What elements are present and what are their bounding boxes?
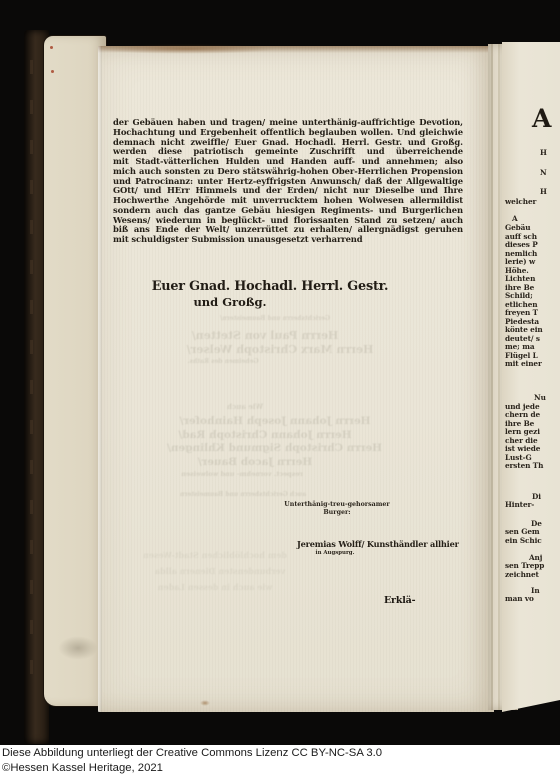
spine-texture xyxy=(30,60,33,680)
cropped-text-fragment: A xyxy=(512,214,518,223)
ghost-show-through-line: wie auch in dessen Laden xyxy=(140,582,290,592)
paragraph-line: mich auch sonsten zu Dero stätswährig-ho… xyxy=(113,167,463,177)
ghost-show-through-line: verbundensten Dienern allda xyxy=(135,566,305,576)
cropped-text-fragment: Nu xyxy=(534,393,546,402)
book-scan-viewer: Gerichtsherrn und Baumeistern/Herrn Paul… xyxy=(0,0,560,779)
right-book-page: A HNHwelcherAGebäuauff schdieses Pnemlic… xyxy=(502,42,560,712)
ghost-show-through-line: dem hochlöblichen Stadt-Wesen xyxy=(125,550,305,560)
cropped-text-fragment: Hinter- xyxy=(505,500,534,509)
paragraph-line: sondern auch das gantze Gebäu hiesigen R… xyxy=(113,206,463,216)
paragraph-line: demnach nicht zweiffle/ Euer Gnad. Hocha… xyxy=(113,138,463,148)
signature-line: Jeremias Wolff/ Kunsthändler allhier xyxy=(297,539,467,549)
ghost-show-through-line: auch Gerichtsherrn und Baumeistern xyxy=(148,491,338,498)
cropped-text-fragment: me; ma xyxy=(505,342,534,351)
cropped-text-fragment: dieses P xyxy=(505,240,538,249)
closing-line2: Burger: xyxy=(272,509,402,517)
cropped-text-fragment: ein Schic xyxy=(505,536,542,545)
cropped-text-fragment: N xyxy=(540,168,547,177)
cropped-text-fragment: zeichnet xyxy=(505,570,539,579)
paragraph-line: biß ans Ende der Welt/ unzerrüttet zu er… xyxy=(113,225,463,235)
cropped-text-fragment: könte ein xyxy=(505,325,543,334)
cropped-text-fragment: freyen T xyxy=(505,308,538,317)
letter-paragraph: der Gebäuen haben und tragen/ meine unte… xyxy=(113,118,463,245)
ghost-show-through-line: Gerichtsherrn und Baumeistern/ xyxy=(195,315,355,322)
license-text: Diese Abbildung unterliegt der Creative … xyxy=(2,747,382,759)
license-caption-bar: Diese Abbildung unterliegt der Creative … xyxy=(0,745,560,779)
cropped-text-fragment: H xyxy=(540,187,547,196)
ghost-show-through-line: Herrn Johann Christoph Rad/ xyxy=(140,429,390,441)
book-photo: Gerichtsherrn und Baumeistern/Herrn Paul… xyxy=(0,0,560,745)
red-speck xyxy=(50,46,53,49)
cropped-text-fragment: man vo xyxy=(505,594,534,603)
ghost-show-through-line: respect. vornehm- und wolweisen xyxy=(152,470,332,478)
signature-place: in Augspurg. xyxy=(300,550,370,556)
paragraph-line: mit Stadt-vätterlichen Hulden und Handen… xyxy=(113,157,463,167)
cropped-text-fragment: chern de xyxy=(505,410,540,419)
cropped-text-fragment: Lichten xyxy=(505,274,535,283)
cropped-text-fragment: sen Trepp xyxy=(505,561,544,570)
credit-text: ©Hessen Kassel Heritage, 2021 xyxy=(2,762,163,774)
paragraph-line: werden diese patriotisch gemeinte Zuschr… xyxy=(113,147,463,157)
underlying-page-edge xyxy=(44,36,106,706)
ghost-show-through-line: Herrn Christoph Sigmund Khlingen/ xyxy=(132,442,417,454)
cropped-text-fragment: mit einer xyxy=(505,359,542,368)
cropped-text-fragment: sen Gem xyxy=(505,527,540,536)
cropped-text-fragment: welcher xyxy=(505,197,536,206)
ghost-show-through-line: Herrn Marx Christoph Welser/ xyxy=(150,343,410,356)
salutation-line2: und Großg. xyxy=(150,295,310,309)
paragraph-line: GOtt/ und HErr Himmels und der Erden/ ni… xyxy=(113,186,463,196)
cropped-text-fragment: H xyxy=(540,148,547,157)
paragraph-line: Hochachtung und Ergebenheit offentlich b… xyxy=(113,128,463,138)
ghost-show-through-line: Herrn Jacob Bauer/ xyxy=(165,456,345,468)
cropped-text-fragment: Gebäu xyxy=(505,223,531,232)
paragraph-line: Wesens/ wiederum in beglückt- und floris… xyxy=(113,216,463,226)
paragraph-line: Hochwerthe Angehörde mit unverrucktem ho… xyxy=(113,196,463,206)
catchword: Erklä- xyxy=(384,595,415,606)
cropped-text-fragment: ist wiede xyxy=(505,444,540,453)
ghost-show-through-line: Herrn Paul von Stetten/ xyxy=(150,329,380,342)
paragraph-line: mit schuldigster Submission unausgesetzt… xyxy=(113,235,463,245)
drop-cap-initial: A xyxy=(532,106,551,131)
cropped-text-fragment: Schild; xyxy=(505,291,533,300)
ghost-show-through-line: Wie auch xyxy=(215,402,275,411)
paragraph-line: und Patrocinanz: unter Hertz-eyffrigsten… xyxy=(113,177,463,187)
closing-formula: Unterthänig-treu-gehorsamer Burger: xyxy=(272,501,402,517)
closing-line1: Unterthänig-treu-gehorsamer xyxy=(272,501,402,509)
salutation-line1: Euer Gnad. Hochadl. Herrl. Gestr. xyxy=(140,279,400,294)
cropped-text-fragment: lern gezi xyxy=(505,427,540,436)
ghost-show-through-line: Herrn Johann Joseph Hainhofer/ xyxy=(140,415,410,427)
cropped-text-fragment: lerie) w xyxy=(505,257,535,266)
ghost-show-through-line: Geheimen des Raths. xyxy=(168,358,278,365)
red-speck xyxy=(51,70,54,73)
cropped-text-fragment: ersten Th xyxy=(505,461,543,470)
paragraph-line: der Gebäuen haben und tragen/ meine unte… xyxy=(113,118,463,128)
